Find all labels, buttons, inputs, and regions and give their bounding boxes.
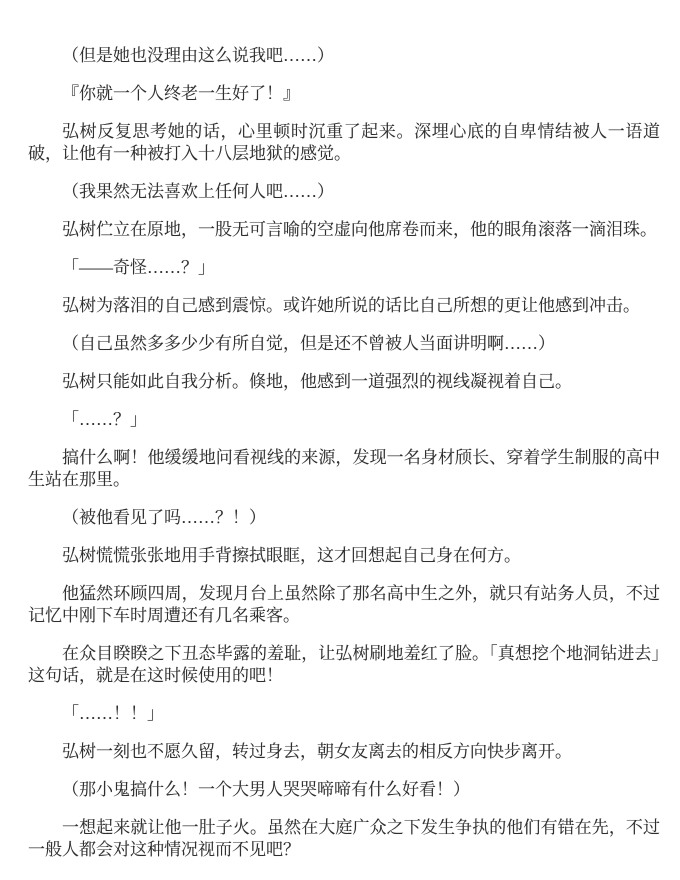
narration-paragraph: 在众目睽睽之下丑态毕露的羞耻，让弘树刷地羞红了脸。「真想挖个地洞钻进去」这句话，…	[28, 643, 660, 687]
narration-paragraph: 弘树只能如此自我分析。倏地，他感到一道强烈的视线凝视着自己。	[28, 371, 660, 393]
narration-paragraph: 搞什么啊！他缓缓地问看视线的来源，发现一名身材颀长、穿着学生制服的高中生站在那里…	[28, 447, 660, 491]
dialogue-line: 「……？」	[28, 409, 660, 431]
narration-paragraph: 弘树伫立在原地，一股无可言喻的空虚向他席卷而来，他的眼角滚落一滴泪珠。	[28, 219, 660, 241]
inner-monologue-line: （被他看见了吗……？！）	[28, 507, 660, 529]
narration-paragraph: 弘树为落泪的自己感到震惊。或许她所说的话比自己所想的更让他感到冲击。	[28, 295, 660, 317]
inner-monologue-line: （我果然无法喜欢上任何人吧……）	[28, 181, 660, 203]
narration-paragraph: 一想起来就让他一肚子火。虽然在大庭广众之下发生争执的他们有错在先，不过一般人都会…	[28, 817, 660, 861]
narration-paragraph: 弘树一刻也不愿久留，转过身去，朝女友离去的相反方向快步离开。	[28, 741, 660, 763]
narration-paragraph: 他猛然环顾四周，发现月台上虽然除了那名高中生之外，就只有站务人员，不过记忆中刚下…	[28, 583, 660, 627]
inner-monologue-line: （但是她也没理由这么说我吧……）	[28, 45, 660, 67]
inner-monologue-line: （那小鬼搞什么！一个大男人哭哭啼啼有什么好看！）	[28, 779, 660, 801]
dialogue-line: 『你就一个人终老一生好了！』	[28, 83, 660, 105]
narration-paragraph: 弘树反复思考她的话，心里顿时沉重了起来。深埋心底的自卑情结被人一语道破，让他有一…	[28, 121, 660, 165]
dialogue-line: 「……！！」	[28, 703, 660, 725]
narration-paragraph: 弘树慌慌张张地用手背擦拭眼眶，这才回想起自己身在何方。	[28, 545, 660, 567]
novel-page: （但是她也没理由这么说我吧……） 『你就一个人终老一生好了！』 弘树反复思考她的…	[0, 0, 680, 880]
dialogue-line: 「——奇怪……？」	[28, 257, 660, 279]
body-text: （但是她也没理由这么说我吧……） 『你就一个人终老一生好了！』 弘树反复思考她的…	[0, 0, 680, 861]
inner-monologue-line: （自己虽然多多少少有所自觉，但是还不曾被人当面讲明啊……）	[28, 333, 660, 355]
